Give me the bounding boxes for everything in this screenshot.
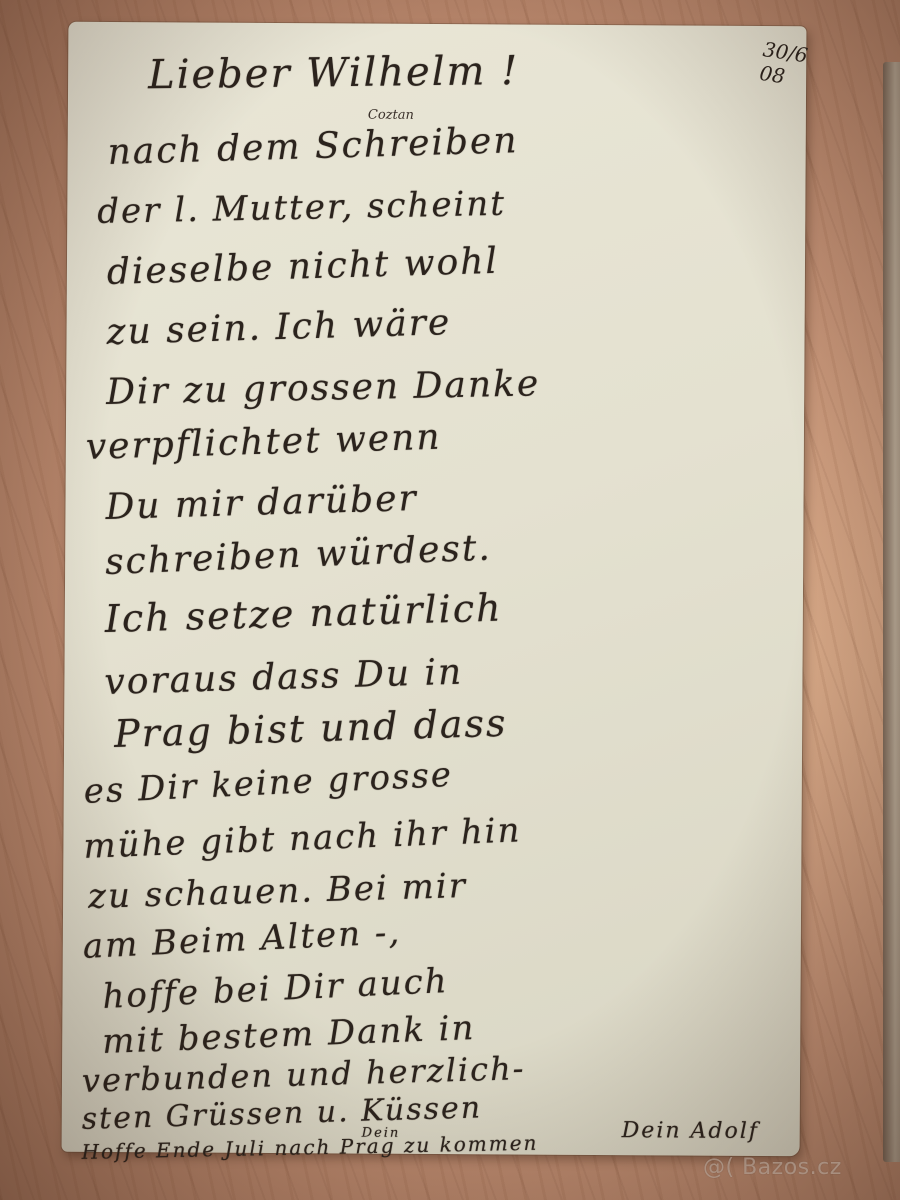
- postcard-date: 30/6 08: [758, 37, 809, 91]
- adjacent-card-edge: [883, 62, 900, 1162]
- bazos-watermark: @( Bazos.cz: [703, 1155, 842, 1180]
- handwritten-line: der l. Mutter, scheint: [97, 184, 506, 232]
- handwritten-line: Ich setze natürlich: [104, 586, 503, 641]
- handwritten-line: nach dem Schreiben: [107, 120, 519, 173]
- handwritten-line: Lieber Wilhelm !: [148, 48, 520, 98]
- handwritten-line: verpflichtet wenn: [85, 417, 442, 468]
- handwritten-line: am Beim Alten -,: [82, 912, 402, 967]
- handwritten-annotation: Dein Adolf: [622, 1118, 759, 1144]
- handwritten-line: es Dir keine grosse: [83, 755, 454, 812]
- handwritten-line: schreiben würdest.: [104, 527, 492, 582]
- handwritten-line: Dir zu grossen Danke: [106, 363, 541, 413]
- handwritten-line: hoffe bei Dir auch: [102, 961, 450, 1017]
- handwritten-line: dieselbe nicht wohl: [106, 241, 499, 293]
- handwritten-line: zu sein. Ich wäre: [106, 302, 452, 353]
- handwritten-line: mühe gibt nach ihr hin: [83, 810, 522, 866]
- handwriting-lines: Lieber Wilhelm !nach dem Schreibender l.…: [68, 22, 806, 27]
- handwritten-annotation: Dein: [362, 1126, 401, 1141]
- handwritten-line: Hoffe Ende Juli nach Prag zu kommen: [81, 1131, 538, 1164]
- handwriting-annotations: DeinDein Adolf: [68, 22, 806, 27]
- handwritten-line: zu schauen. Bei mir: [88, 866, 468, 917]
- handwritten-line: Du mir darüber: [105, 478, 418, 528]
- insert-word: Coztan: [368, 108, 414, 123]
- handwritten-line: Prag bist und dass: [113, 701, 508, 756]
- handwritten-postcard: 30/6 08 Coztan Lieber Wilhelm !nach dem …: [62, 22, 807, 1156]
- handwritten-line: voraus dass Du in: [104, 652, 464, 703]
